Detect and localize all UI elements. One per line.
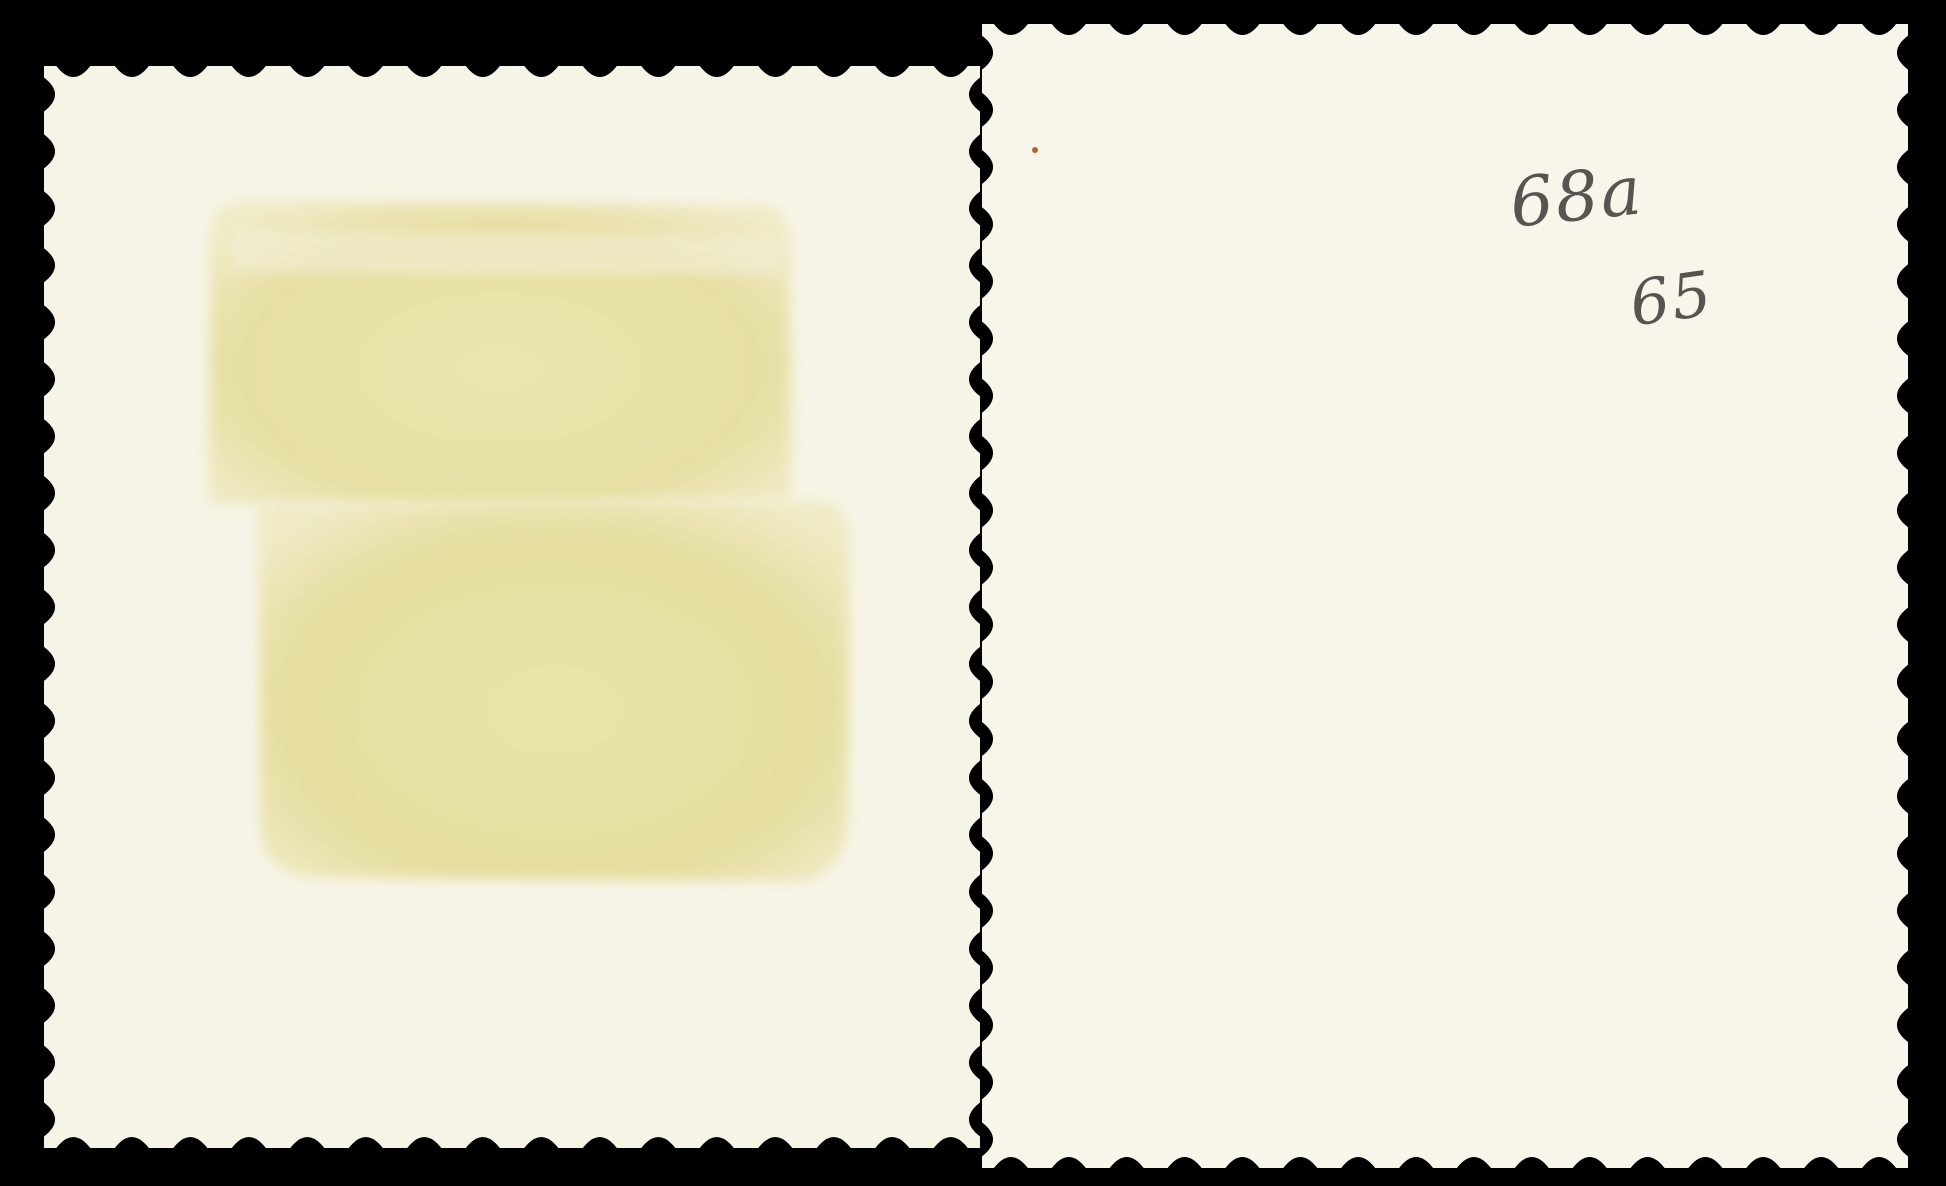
right-stamp [982,24,1908,1168]
pencil-note-catalog-number: 68a [1506,151,1647,243]
stamp-photo [0,0,1946,1186]
hinge-remnant [208,200,850,882]
left-stamp [44,66,980,1148]
pencil-note-secondary: 65 [1625,257,1717,341]
right-stamp-paper [982,24,1908,1168]
paper-speck [1032,147,1038,153]
